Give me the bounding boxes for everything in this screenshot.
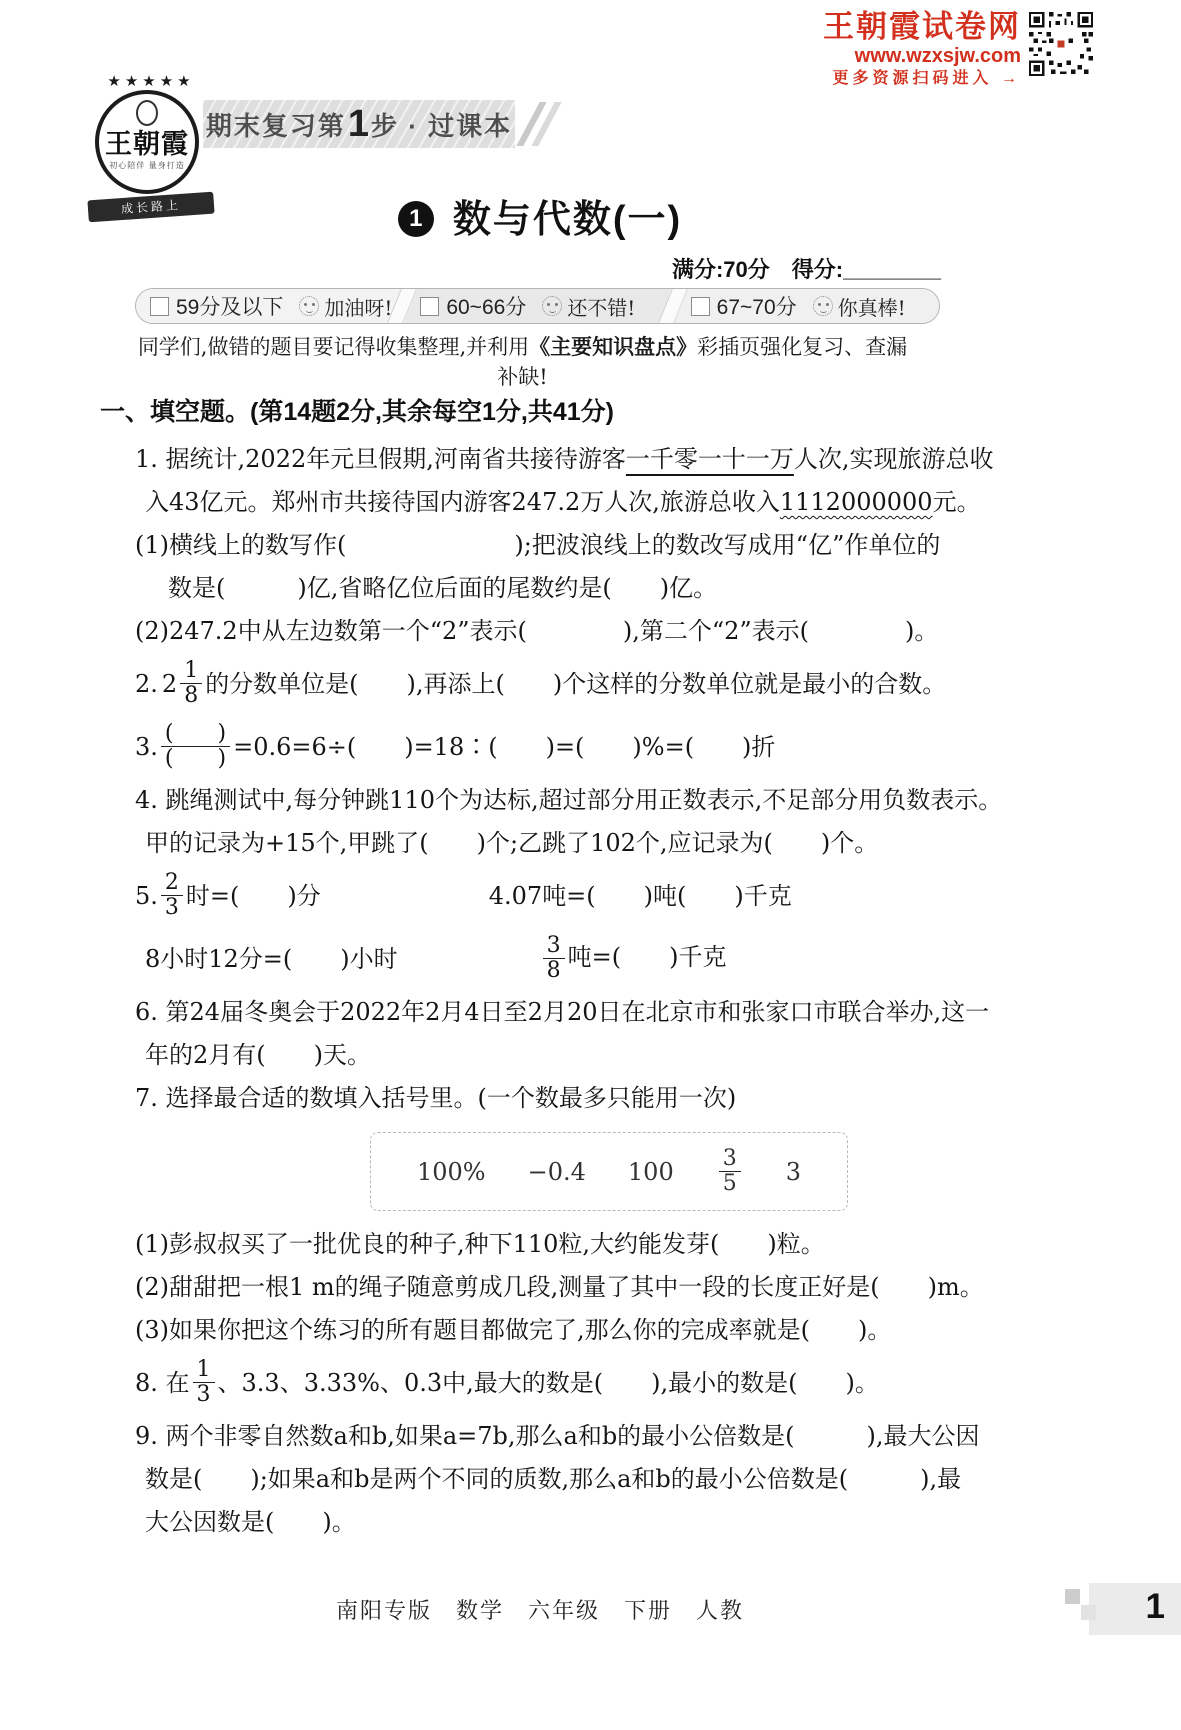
- option: 100%: [417, 1158, 486, 1186]
- badge-stars-icon: ★★★★★: [86, 72, 216, 90]
- wavy-underlined-number: 1112000000: [780, 488, 933, 516]
- question-8: 8. 在 13 、3.3、3.33%、0.3̇中,最大的数是( ),最小的数是(…: [100, 1358, 1058, 1407]
- qr-code-icon: [1029, 12, 1093, 76]
- question-7-sub-2: (2)甜甜把一根1 m的绳子随意剪成几段,测量了其中一段的长度正好是( )m。: [100, 1272, 1058, 1302]
- question-6-line-1: 6. 第24届冬奥会于2022年2月4日至2月20日在北京市和张家口市联合举办,…: [100, 997, 1058, 1027]
- question-5-row-2: 8小时12分=( )小时 38吨=( )千克: [100, 934, 1058, 983]
- praise-label: 加油呀!: [324, 292, 392, 321]
- question-5-row-1: 5. 23 时=( )分 4.07吨=( )吨( )千克: [100, 871, 1058, 920]
- question-1-sub-1-cont: 数是( )亿,省略亿位后面的尾数约是( )亿。: [100, 573, 1058, 603]
- full-score-label: 满分:70分: [672, 257, 770, 282]
- review-step-banner: 期末复习第 1 步 · 过课本: [203, 100, 515, 148]
- fraction: 23: [161, 871, 183, 920]
- footer-edition-info: 南阳专版 数学 六年级 下册 人教: [0, 1594, 1080, 1625]
- section-heading: 一、填空题。(第14题2分,其余每空1分,共41分): [100, 392, 1058, 428]
- score-range-segment: 67~70分 你真棒!: [677, 289, 939, 323]
- page-deco-square: [1081, 1605, 1096, 1620]
- badge-portrait-icon: [136, 100, 158, 126]
- fraction: 13: [193, 1358, 215, 1407]
- fraction: 18: [180, 659, 202, 708]
- question-5-right-1: 4.07吨=( )吨( )千克: [489, 881, 792, 911]
- question-1-line-1: 1. 据统计,2022年元旦假期,河南省共接待游客一千零一十一万人次,实现旅游总…: [100, 444, 1058, 474]
- face-icon: [542, 296, 562, 316]
- site-tagline: 更多资源扫码进入 →: [823, 68, 1021, 90]
- question-3: 3. ( )( ) =0.6=6÷( )=18∶( )=( )%=( )折: [100, 722, 1058, 771]
- face-icon: [813, 296, 833, 316]
- banner-step-number: 1: [348, 105, 369, 143]
- banner-text: 步 · 过课本: [371, 106, 512, 143]
- notice-text: 同学们,做错的题目要记得收集整理,并利用: [138, 335, 529, 359]
- title-number-badge: 1: [398, 201, 434, 237]
- question-7-stem: 7. 选择最合适的数填入括号里。(一个数最多只能用一次): [100, 1083, 1058, 1113]
- option: 3: [786, 1158, 801, 1186]
- fraction: 38吨=( )千克: [540, 934, 727, 983]
- question-1-sub-1: (1)横线上的数写作( );把波浪线上的数改写成用“亿”作单位的: [100, 530, 1058, 560]
- number-options-box: 100% −0.4 100 35 3: [370, 1132, 848, 1211]
- score-range-segment: 59分及以下 加油呀!: [136, 289, 398, 323]
- range-label: 59分及以下: [176, 291, 283, 321]
- exam-paper-page: 王朝霞试卷网 www.wzxsjw.com 更多资源扫码进入 → ★★★★★: [0, 0, 1181, 1730]
- question-7-sub-3: (3)如果你把这个练习的所有题目都做完了,那么你的完成率就是( )。: [100, 1315, 1058, 1345]
- question-9-line-2: 数是( );如果a和b是两个不同的质数,那么a和b的最小公倍数是( ),最: [100, 1464, 1058, 1494]
- fraction-blank: ( )( ): [161, 722, 230, 771]
- question-4-line-1: 4. 跳绳测试中,每分钟跳110个为达标,超过部分用正数表示,不足部分用负数表示…: [100, 785, 1058, 815]
- question-area: 一、填空题。(第14题2分,其余每空1分,共41分) 1. 据统计,2022年元…: [100, 392, 1058, 1550]
- site-url: www.wzxsjw.com: [823, 44, 1021, 68]
- praise-label: 还不错!: [567, 292, 635, 321]
- question-1-line-2: 入43亿元。郑州市共接待国内游客247.2万人次,旅游总收入1112000000…: [100, 487, 1058, 517]
- checkbox-range-high[interactable]: [691, 297, 710, 316]
- face-icon: [299, 296, 319, 316]
- badge-subtitle: 初心陪伴 量身打造: [99, 160, 195, 171]
- praise-label: 你真棒!: [838, 292, 906, 321]
- score-range-bar: 59分及以下 加油呀! 60~66分 还不错! 67~70分 你真棒!: [135, 288, 940, 324]
- notice-book-title: 《主要知识盘点》: [529, 336, 697, 359]
- range-label: 60~66分: [446, 291, 526, 321]
- question-7-sub-1: (1)彭叔叔买了一批优良的种子,种下110粒,大约能发芽( )粒。: [100, 1229, 1058, 1259]
- notice-line: 同学们,做错的题目要记得收集整理,并利用《主要知识盘点》彩插页强化复习、查漏补缺…: [135, 331, 910, 391]
- checkbox-range-low[interactable]: [150, 297, 169, 316]
- score-range-segment: 60~66分 还不错!: [406, 289, 668, 323]
- page-number-band: 1: [1089, 1583, 1181, 1635]
- site-name: 王朝霞试卷网: [823, 10, 1021, 44]
- checkbox-range-mid[interactable]: [420, 297, 439, 316]
- page-deco-square: [1065, 1589, 1080, 1604]
- option: 100: [628, 1158, 674, 1186]
- banner-text: 期末复习第: [206, 106, 346, 143]
- question-6-line-2: 年的2月有( )天。: [100, 1040, 1058, 1070]
- page-number: 1: [1146, 1587, 1165, 1627]
- badge-circle: 王朝霞 初心陪伴 量身打造: [95, 90, 199, 194]
- underlined-number: 一千零一十一万: [626, 445, 794, 473]
- score-blank: ________: [843, 257, 941, 282]
- question-9-line-3: 大公因数是( )。: [100, 1507, 1058, 1537]
- range-label: 67~70分: [717, 291, 797, 321]
- earned-score-label: 得分:: [792, 257, 843, 282]
- question-1-sub-2: (2)247.2中从左边数第一个“2”表示( ),第二个“2”表示( )。: [100, 616, 1058, 646]
- paper-title-row: 1 数与代数(一): [0, 188, 1080, 243]
- site-header: 王朝霞试卷网 www.wzxsjw.com 更多资源扫码进入 →: [823, 10, 1021, 90]
- option-fraction: 35: [719, 1147, 741, 1196]
- question-4-line-2: 甲的记录为+15个,甲跳了( )个;乙跳了102个,应记录为( )个。: [100, 828, 1058, 858]
- page-title: 数与代数(一): [453, 199, 682, 241]
- question-2: 2. 218 的分数单位是( ),再添上( )个这样的分数单位就是最小的合数。: [100, 659, 1058, 708]
- score-line: 满分:70分得分:________: [672, 253, 941, 284]
- question-9-line-1: 9. 两个非零自然数a和b,如果a=7b,那么a和b的最小公倍数是( ),最大公…: [100, 1421, 1058, 1451]
- badge-title: 王朝霞: [99, 130, 195, 160]
- option: −0.4: [528, 1158, 586, 1186]
